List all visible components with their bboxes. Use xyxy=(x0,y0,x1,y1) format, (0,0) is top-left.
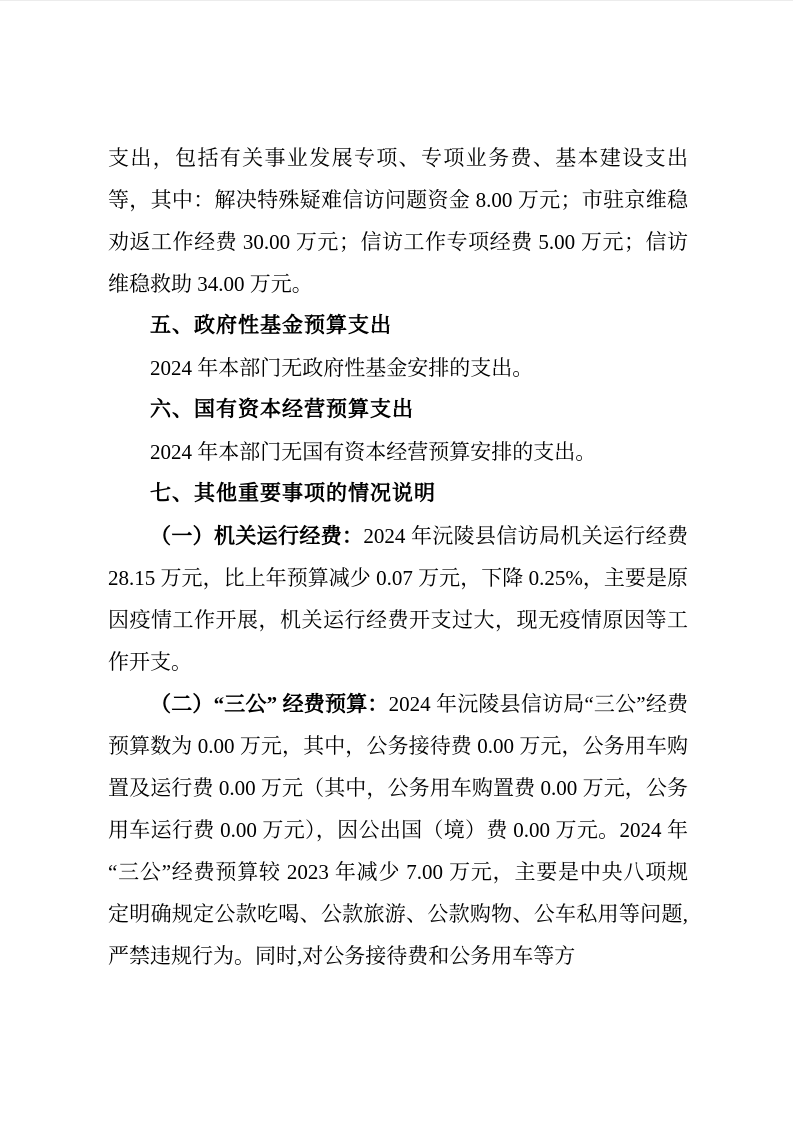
body-paragraph: 2024 年本部门无国有资本经营预算安排的支出。 xyxy=(108,431,688,473)
body-paragraph: （一）机关运行经费：2024 年沅陵县信访局机关运行经费 28.15 万元，比上… xyxy=(108,515,688,683)
document-page: 支出，包括有关事业发展专项、专项业务费、基本建设支出等，其中：解决特殊疑难信访问… xyxy=(0,0,793,1122)
paragraph-lead: （二）“三公” 经费预算： xyxy=(150,692,389,716)
body-paragraph: 支出，包括有关事业发展专项、专项业务费、基本建设支出等，其中：解决特殊疑难信访问… xyxy=(108,137,688,305)
paragraph-lead: （一）机关运行经费： xyxy=(150,524,363,548)
section-heading: 七、其他重要事项的情况说明 xyxy=(108,473,688,515)
section-heading: 五、政府性基金预算支出 xyxy=(108,305,688,347)
paragraph-text: 2024 年本部门无政府性基金安排的支出。 xyxy=(150,356,533,380)
body-paragraph: （二）“三公” 经费预算：2024 年沅陵县信访局“三公”经费预算数为 0.00… xyxy=(108,683,688,977)
paragraph-text: 2024 年本部门无国有资本经营预算安排的支出。 xyxy=(150,440,596,464)
document-body: 支出，包括有关事业发展专项、专项业务费、基本建设支出等，其中：解决特殊疑难信访问… xyxy=(108,137,688,977)
body-paragraph: 2024 年本部门无政府性基金安排的支出。 xyxy=(108,347,688,389)
paragraph-text: 2024 年沅陵县信访局“三公”经费预算数为 0.00 万元，其中，公务接待费 … xyxy=(108,692,688,968)
paragraph-text: 支出，包括有关事业发展专项、专项业务费、基本建设支出等，其中：解决特殊疑难信访问… xyxy=(108,146,688,296)
section-heading: 六、国有资本经营预算支出 xyxy=(108,389,688,431)
